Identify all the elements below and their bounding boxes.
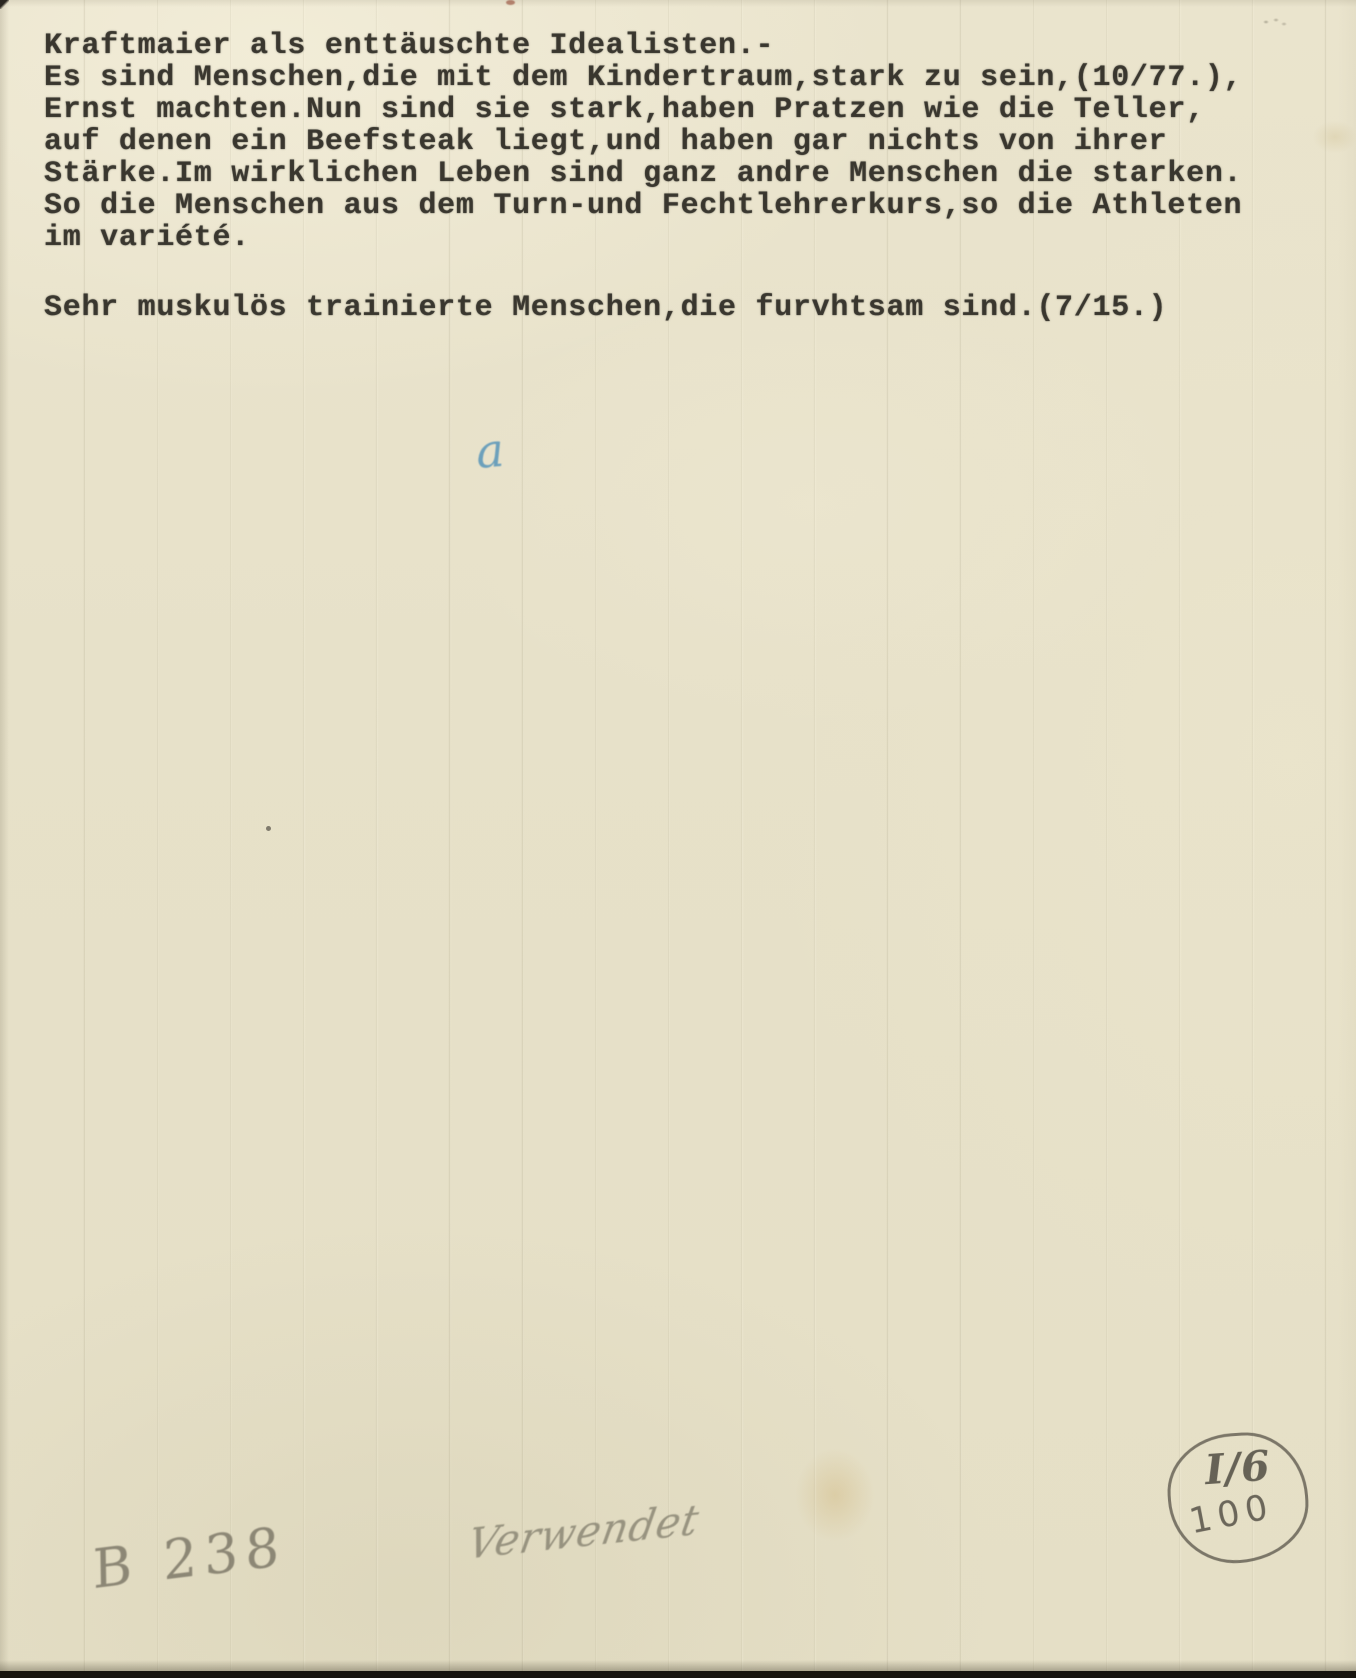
ink-dot — [266, 826, 271, 831]
typed-line: auf denen ein Beefsteak liegt,und haben … — [44, 126, 1242, 158]
typewritten-text: Kraftmaier als enttäuschte Idealisten.- … — [44, 30, 1242, 324]
typed-line: Ernst machten.Nun sind sie stark,haben P… — [44, 94, 1242, 126]
faint-pencil-marks — [1262, 16, 1288, 30]
typed-line: So die Menschen aus dem Turn-und Fechtle… — [44, 190, 1242, 222]
scan-bottom-edge — [0, 1671, 1356, 1678]
stamp-fraction: I/6 — [1203, 1442, 1272, 1494]
typed-line: Es sind Menschen,die mit dem Kindertraum… — [44, 62, 1242, 94]
typed-line: Stärke.Im wirklichen Leben sind ganz and… — [44, 158, 1242, 190]
pencil-circle-stamp: I/6 100 — [1164, 1428, 1313, 1567]
typed-line: Kraftmaier als enttäuschte Idealisten.- — [44, 30, 1242, 62]
paragraph-1: Kraftmaier als enttäuschte Idealisten.- … — [44, 30, 1242, 254]
corner-blemish — [0, 0, 9, 9]
handwritten-blue-letter-a: a — [474, 423, 507, 480]
scanned-note-card: Kraftmaier als enttäuschte Idealisten.- … — [0, 0, 1356, 1678]
stamp-number: 100 — [1186, 1487, 1277, 1542]
typed-line: Sehr muskulös trainierte Menschen,die fu… — [44, 292, 1242, 324]
paragraph-2: Sehr muskulös trainierte Menschen,die fu… — [44, 292, 1242, 324]
red-speck — [506, 0, 515, 5]
pencil-usage-note: Verwendet — [464, 1495, 703, 1568]
typed-line: im variété. — [44, 222, 1242, 254]
pencil-archive-code: B 238 — [92, 1514, 287, 1601]
